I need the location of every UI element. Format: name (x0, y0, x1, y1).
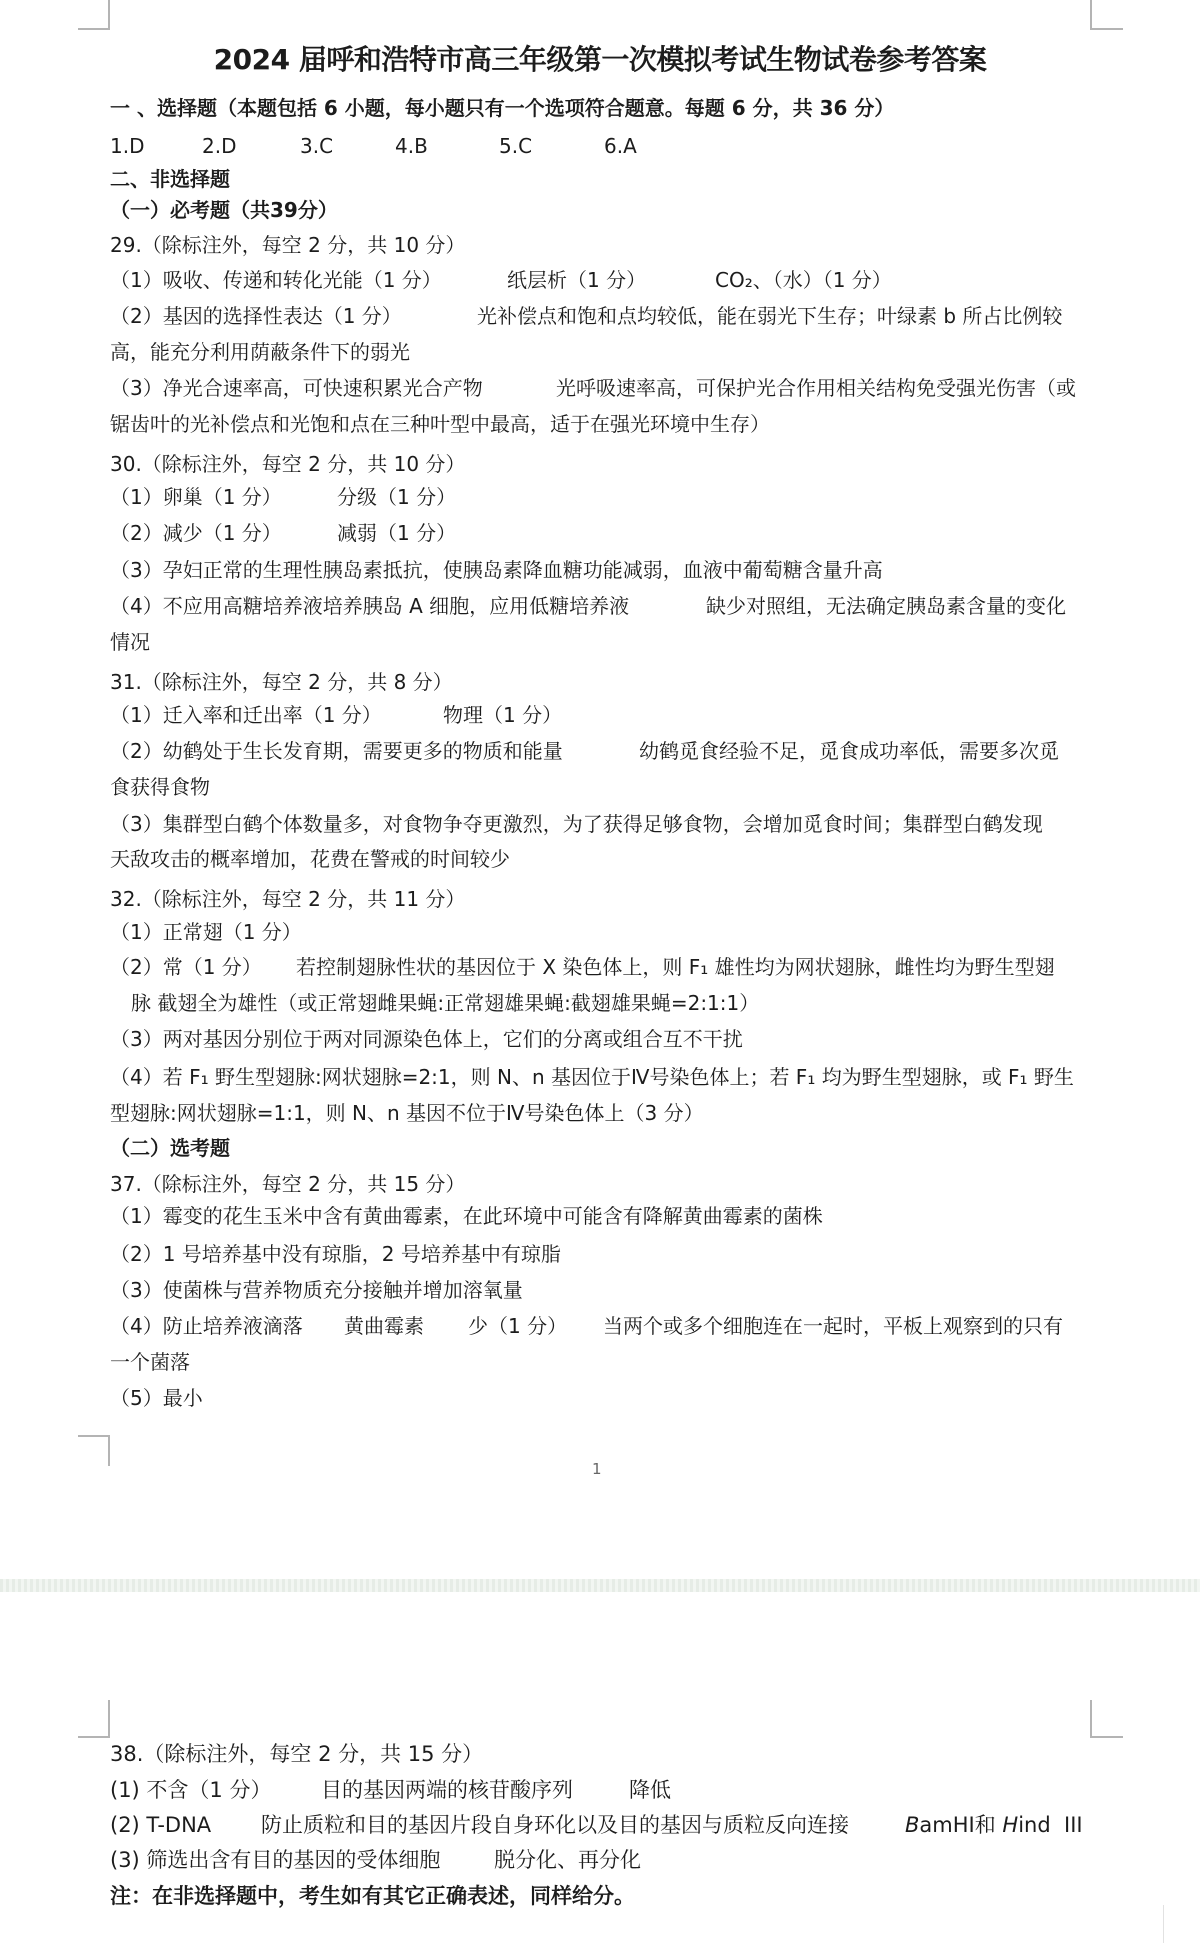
corner-mark-top-left (108, 1700, 110, 1738)
answer-2: 2.D (202, 133, 236, 159)
answer-segment: （3）净光合速率高，可快速积累光合产物 (110, 375, 483, 401)
page-separator (0, 1579, 1200, 1592)
answer-segment: 目的基因两端的核苷酸序列 (321, 1777, 573, 1803)
answer-segment: 物理（1 分） (443, 702, 562, 728)
answer-segment: （4）若 F₁ 野生型翅脉:网状翅脉=2:1，则 N、n 基因位于Ⅳ号染色体上；… (110, 1064, 1074, 1090)
corner-mark-top-left (78, 28, 110, 30)
answer-segment: （1）卵巢（1 分） (110, 484, 282, 510)
answer-segment: （1）霉变的花生玉米中含有黄曲霉素，在此环境中可能含有降解黄曲霉素的菌株 (110, 1203, 823, 1229)
answer-segment: (2) T-DNA (110, 1812, 211, 1838)
question-header-text: 32.（除标注外，每空 2 分，共 11 分） (110, 886, 465, 912)
answer-segment: (1) 不含（1 分） (110, 1777, 271, 1803)
corner-mark-top-right (1090, 1700, 1092, 1738)
section-heading-text: 一 、选择题（本题包括 6 小题，每小题只有一个选项符合题意。每题 6 分，共 … (110, 95, 894, 121)
corner-mark-top-right (1090, 0, 1092, 30)
answer-segment: （2）1 号培养基中没有琼脂，2 号培养基中有琼脂 (110, 1241, 561, 1267)
corner-mark-top-right (1090, 1736, 1123, 1738)
answer-segment: 光呼吸速率高，可保护光合作用相关结构免受强光伤害（或 (556, 375, 1076, 401)
corner-mark-bottom-left (78, 1435, 110, 1437)
answer-segment: 纸层析（1 分） (507, 267, 646, 293)
answer-segment: （1）吸收、传递和转化光能（1 分） (110, 267, 442, 293)
question-header-text: 30.（除标注外，每空 2 分，共 10 分） (110, 451, 465, 477)
answer-segment: （4）不应用高糖培养液培养胰岛 A 细胞，应用低糖培养液 (110, 593, 629, 619)
answer-segment: 减弱（1 分） (337, 520, 456, 546)
corner-mark-top-left (108, 0, 110, 30)
answer-segment: 当两个或多个细胞连在一起时，平板上观察到的只有 (603, 1313, 1063, 1339)
answer-continuation: 型翅脉:网状翅脉=1:1，则 N、n 基因不位于Ⅳ号染色体上（3 分） (110, 1100, 704, 1126)
answer-continuation: 食获得食物 (110, 774, 210, 800)
answer-continuation: 情况 (110, 629, 150, 655)
answer-segment: （3）两对基因分别位于两对同源染色体上，它们的分离或组合互不干扰 (110, 1026, 743, 1052)
corner-mark-top-left (78, 1736, 110, 1738)
answer-segment: （2）常（1 分） (110, 954, 262, 980)
answer-segment: 防止质粒和目的基因片段自身环化以及目的基因与质粒反向连接 (261, 1812, 849, 1838)
note-text: 注：在非选择题中，考生如有其它正确表述，同样给分。 (110, 1883, 635, 1909)
answer-segment: 若控制翅脉性状的基因位于 X 染色体上，则 F₁ 雄性均为网状翅脉，雌性均为野生… (296, 954, 1055, 980)
answer-3: 3.C (300, 133, 333, 159)
enzyme-text: amHI和 (919, 1813, 1002, 1837)
answer-segment: （3）使菌株与营养物质充分接触并增加溶氧量 (110, 1277, 523, 1303)
question-header-text: 31.（除标注外，每空 2 分，共 8 分） (110, 669, 453, 695)
answer-segment: （3）集群型白鹤个体数量多，对食物争夺更激烈，为了获得足够食物，会增加觅食时间；… (110, 811, 1043, 837)
answer-segment: （3）孕妇正常的生理性胰岛素抵抗，使胰岛素降血糖功能减弱，血液中葡萄糖含量升高 (110, 557, 883, 583)
answer-5: 5.C (499, 133, 532, 159)
answer-segment: （1）迁入率和迁出率（1 分） (110, 702, 382, 728)
answer-1: 1.D (110, 133, 144, 159)
answer-segment: 缺少对照组，无法确定胰岛素含量的变化 (706, 593, 1066, 619)
enzyme-initial: H (1002, 1813, 1018, 1837)
answer-continuation: 锯齿叶的光补偿点和光饱和点在三种叶型中最高，适于在强光环境中生存） (110, 411, 770, 437)
subsection-heading-text: （二）选考题 (110, 1135, 230, 1161)
enzyme-text: ind III (1018, 1813, 1082, 1837)
answer-segment: 少（1 分） (468, 1313, 567, 1339)
scan-artifact (1163, 1905, 1164, 1943)
answer-segment: 降低 (629, 1777, 671, 1803)
answer-continuation: 脉 截翅全为雄性（或正常翅雌果蝇:正常翅雄果蝇:截翅雄果蝇=2:1:1） (131, 990, 759, 1016)
answer-continuation: 一个菌落 (110, 1349, 190, 1375)
corner-mark-top-right (1090, 28, 1123, 30)
question-header-text: 38.（除标注外，每空 2 分，共 15 分） (110, 1741, 483, 1767)
subsection-heading-text: （一）必考题（共39分） (110, 197, 338, 223)
answer-segment: （2）减少（1 分） (110, 520, 282, 546)
corner-mark-bottom-left (108, 1435, 110, 1466)
restriction-enzymes: BamHI和 Hind III (905, 1812, 1083, 1838)
answer-continuation: 天敌攻击的概率增加，花费在警戒的时间较少 (110, 846, 510, 872)
answer-6: 6.A (604, 133, 637, 159)
section-heading-text: 二、非选择题 (110, 166, 230, 192)
page-number: 1 (592, 1460, 602, 1478)
answer-4: 4.B (395, 133, 428, 159)
answer-segment: 分级（1 分） (337, 484, 456, 510)
enzyme-initial: B (905, 1813, 919, 1837)
answer-segment: 幼鹤觅食经验不足，觅食成功率低，需要多次觅 (639, 738, 1059, 764)
answer-segment: （1）正常翅（1 分） (110, 919, 302, 945)
answer-segment: (3) 筛选出含有目的基因的受体细胞 (110, 1847, 440, 1873)
document-title: 2024 届呼和浩特市高三年级第一次模拟考试生物试卷参考答案 (0, 42, 1200, 78)
answer-segment: 光补偿点和饱和点均较低，能在弱光下生存；叶绿素 b 所占比例较 (477, 303, 1062, 329)
answer-segment: CO₂、（水）（1 分） (715, 267, 892, 293)
question-header-text: 37.（除标注外，每空 2 分，共 15 分） (110, 1171, 465, 1197)
answer-segment: （5）最小 (110, 1385, 203, 1411)
answer-continuation: 高，能充分利用荫蔽条件下的弱光 (110, 339, 410, 365)
answer-segment: （2）幼鹤处于生长发育期，需要更多的物质和能量 (110, 738, 563, 764)
answer-segment: 脱分化、再分化 (494, 1847, 641, 1873)
answer-segment: （2）基因的选择性表达（1 分） (110, 303, 402, 329)
answer-segment: （4）防止培养液滴落 (110, 1313, 303, 1339)
answer-segment: 黄曲霉素 (344, 1313, 424, 1339)
question-header-text: 29.（除标注外，每空 2 分，共 10 分） (110, 232, 465, 258)
